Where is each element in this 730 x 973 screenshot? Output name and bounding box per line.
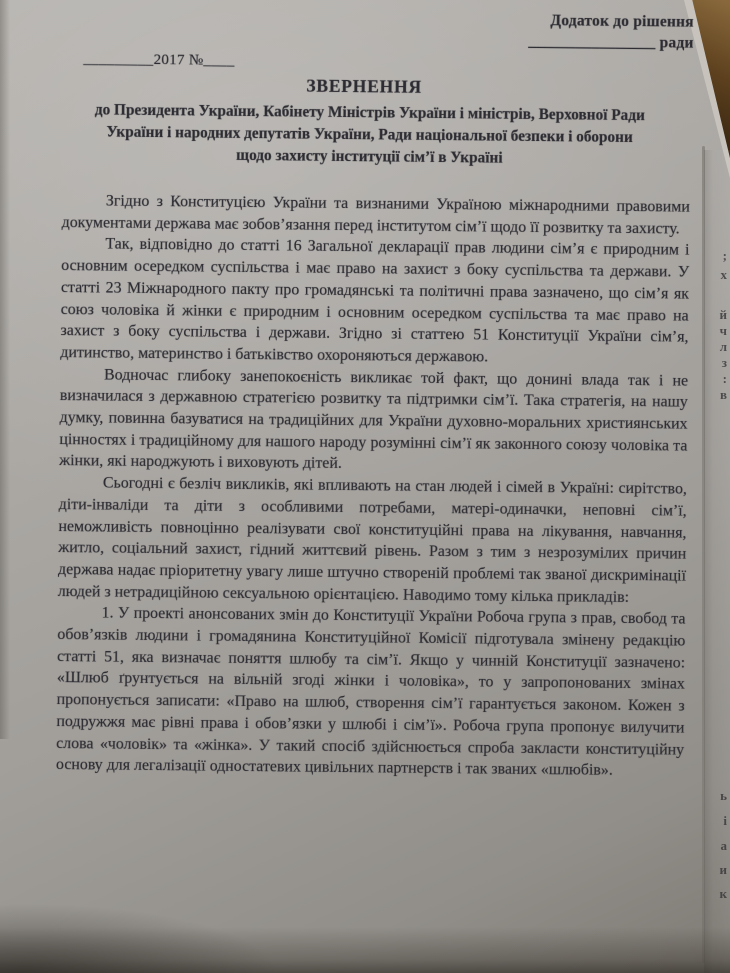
- document-photo: Додаток до рішення ________________ ради…: [0, 0, 730, 973]
- underlying-page-text-fragment: ь: [720, 788, 727, 804]
- paragraph: 1. У проекті анонсованих змін до Констит…: [56, 602, 686, 782]
- document-page: Додаток до рішення ________________ ради…: [0, 0, 730, 973]
- underlying-page-text-fragment: в: [720, 387, 727, 403]
- underlying-page-text-fragment: х: [721, 267, 728, 283]
- document-title: ЗВЕРНЕННЯ: [59, 73, 669, 100]
- annex-blank-line: ________________: [528, 33, 655, 51]
- underlying-page-text-fragment: к: [720, 886, 728, 902]
- underlying-page-text-fragment: з: [722, 355, 727, 371]
- annex-line-1: Додаток до рішення: [528, 10, 693, 33]
- annex-reference-block: Додаток до рішення ________________ ради: [528, 10, 694, 54]
- paragraph: Так, відповідно до статті 16 Загальної д…: [60, 233, 689, 370]
- document-body: Згідно з Конституцією України та визнани…: [56, 190, 690, 783]
- document-subtitle: до Президента України, Кабінету Міністрі…: [32, 99, 707, 171]
- annex-line-2: ________________ ради: [528, 31, 693, 54]
- underlying-page-text-fragment: ч: [720, 323, 727, 339]
- underlying-page-text-fragment: :: [723, 371, 727, 387]
- underlying-page-text-fragment: а: [721, 838, 728, 854]
- underlying-page-text-fragment: и: [720, 862, 728, 878]
- underlying-page-text-fragment: ;: [723, 248, 727, 264]
- paragraph: Згідно з Конституцією України та визнани…: [62, 190, 690, 240]
- annex-rada-label: ради: [655, 34, 693, 51]
- paragraph: Сьогодні є безліч викликів, які впливают…: [58, 472, 687, 609]
- underlying-page-text-fragment: і: [723, 813, 727, 829]
- underlying-page-text-fragment: й: [720, 307, 728, 323]
- date-number-line: _________2017 №____: [83, 51, 234, 70]
- underlying-page-text-fragment: л: [720, 339, 727, 355]
- paragraph: Водночас глибоку занепокоєність викликає…: [59, 364, 688, 479]
